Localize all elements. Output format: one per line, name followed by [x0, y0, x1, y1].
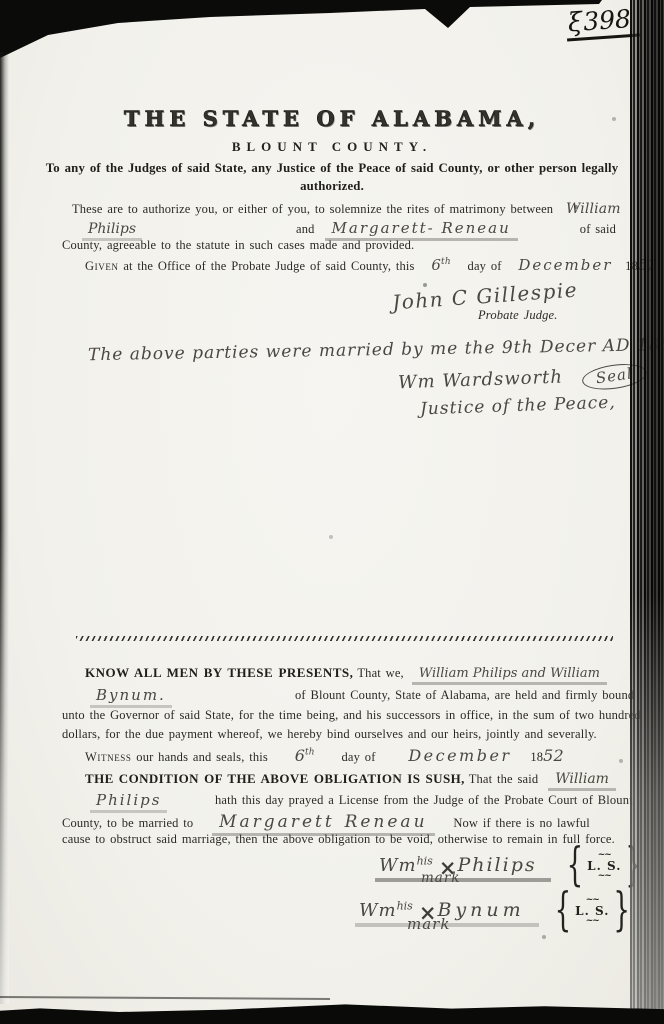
seal-close-brace: }: [625, 844, 642, 890]
scan-specks: [0, 0, 2, 2]
bond-principals-handwritten-1: William Philips and William: [412, 666, 607, 685]
married-to-post-text: Now if there is no lawful: [453, 816, 590, 830]
signer-given-name: Wm: [359, 900, 397, 921]
signature-row-bynum: Wmhis×Bynum mark { ~~ L. S. ~~ }: [355, 896, 630, 927]
day-of-text: day of: [468, 259, 502, 273]
condition-married-to-line: County, to be married to Margarett Renea…: [62, 812, 590, 832]
license-names-line: Philips and Margarett- Reneau of said: [62, 219, 622, 238]
officiant-title: Justice of the Peace,: [420, 393, 616, 420]
bond-body-line-2: unto the Governor of said State, for the…: [62, 708, 641, 723]
license-month-handwritten: December: [518, 256, 612, 274]
given-text: at the Office of the Probate Judge of sa…: [123, 259, 414, 273]
authorize-text: These are to authorize you, or either of…: [72, 202, 553, 216]
signer-given-name: Wm: [379, 855, 417, 876]
bond-witness-line: Witness our hands and seals, this 6th da…: [85, 746, 564, 765]
given-word: Given: [85, 259, 119, 273]
return-line-1: The above parties were married by me the…: [88, 335, 664, 365]
condition-prayed-line: hath this day prayed a License from the …: [215, 793, 633, 808]
section-divider-rule: [76, 636, 613, 641]
scanned-document: ξ398 THE STATE OF ALABAMA, BLOUNT COUNTY…: [0, 0, 664, 1024]
bond-heading-line: KNOW ALL MEN BY THESE PRESENTS, That we,…: [85, 664, 607, 682]
bond-day-handwritten: 6th: [295, 746, 315, 765]
bond-body-line-1: of Blount County, State of Alabama, are …: [295, 688, 634, 703]
scan-edge-left: [0, 52, 9, 1004]
officiant-seal-oval: Seal: [580, 360, 648, 393]
seal-open-brace: {: [555, 889, 572, 935]
bond-principals-handwritten-2: Bynum.: [90, 686, 172, 708]
of-said-text: of said: [580, 222, 616, 236]
seal-squiggle-bottom: ~~: [598, 873, 611, 881]
scan-edge-bottom: [0, 1000, 664, 1024]
groom-first-name-handwritten: William: [566, 201, 621, 217]
mark-word: mark: [407, 915, 450, 933]
seal-close-brace: }: [613, 889, 630, 935]
addressee-line-1: To any of the Judges of said State, any …: [0, 161, 664, 176]
license-authorize-line: These are to authorize you, or either of…: [72, 201, 621, 217]
scan-bottom-crease: [0, 996, 330, 1000]
bond-day-number: 6: [295, 746, 305, 765]
seal-open-brace: {: [567, 844, 584, 890]
bond-heading-rest: That we,: [357, 666, 403, 680]
license-statute-line: County, agreeable to the statute in such…: [62, 238, 414, 253]
witness-word: Witness: [85, 750, 132, 764]
married-to-pre-text: County, to be married to: [62, 816, 193, 830]
seal-squiggle-bottom: ~~: [586, 918, 599, 926]
seal-ls-bynum: { ~~ L. S. ~~ }: [555, 897, 630, 926]
signature-line-bynum: Wmhis×Bynum mark: [355, 896, 539, 927]
document-title: THE STATE OF ALABAMA,: [0, 106, 664, 131]
signer-surname: Philips: [457, 854, 536, 876]
return-officiant-line: Wm Wardsworth Seal: [398, 364, 647, 397]
license-day-handwritten: 6th: [431, 256, 450, 274]
seal-ls-philips: { ~~ L. S. ~~ }: [567, 852, 642, 881]
signature-line-philips: Wmhis×Philips mark: [375, 851, 551, 882]
license-year-handwritten: 52: [638, 256, 657, 274]
folio-number: ξ398: [565, 3, 640, 41]
his-word: his: [397, 900, 413, 913]
condition-heading-line: THE CONDITION OF THE ABOVE OBLIGATION IS…: [85, 770, 616, 788]
seal-center: ~~ L. S. ~~: [575, 897, 609, 926]
bond-body-line-3: dollars, for the due payment whereof, we…: [62, 727, 597, 742]
judge-title: Probate Judge.: [478, 308, 558, 323]
folio-flourish-mark: ξ: [567, 7, 583, 38]
officiant-signature: Wm Wardsworth: [398, 367, 564, 394]
signer-surname: Bynum: [437, 899, 524, 921]
bond-year-printed: 18: [530, 750, 543, 764]
condition-closing-line: cause to obstruct said marriage, then th…: [62, 832, 615, 847]
mark-word: mark: [421, 870, 460, 886]
addressee-line-2: authorized.: [0, 179, 664, 194]
his-word: his: [417, 855, 433, 868]
bond-month-handwritten: December: [408, 746, 511, 765]
bond-year-handwritten: 52: [543, 746, 564, 765]
bond-day-suffix: th: [305, 748, 315, 758]
witness-text: our hands and seals, this: [136, 750, 268, 764]
condition-groom-last-handwritten: Philips: [90, 791, 167, 813]
signature-row-philips: Wmhis×Philips mark { ~~ L. S. ~~ }: [375, 851, 642, 882]
bond-day-of-text: day of: [342, 750, 376, 764]
condition-heading-rest: That the said: [469, 772, 539, 786]
folio-number-text: 398: [582, 4, 632, 36]
and-word: and: [296, 222, 315, 236]
county-name: BLOUNT COUNTY.: [0, 139, 664, 155]
license-day-suffix: th: [441, 257, 451, 267]
condition-groom-first-handwritten: William: [548, 771, 616, 791]
license-year-printed: 18: [625, 259, 638, 273]
condition-heading-caps: THE CONDITION OF THE ABOVE OBLIGATION IS…: [85, 771, 465, 786]
license-day-number: 6: [431, 256, 441, 274]
bond-heading-caps: KNOW ALL MEN BY THESE PRESENTS,: [85, 665, 353, 680]
seal-center: ~~ L. S. ~~: [587, 852, 621, 881]
license-given-line: Given at the Office of the Probate Judge…: [85, 256, 657, 274]
